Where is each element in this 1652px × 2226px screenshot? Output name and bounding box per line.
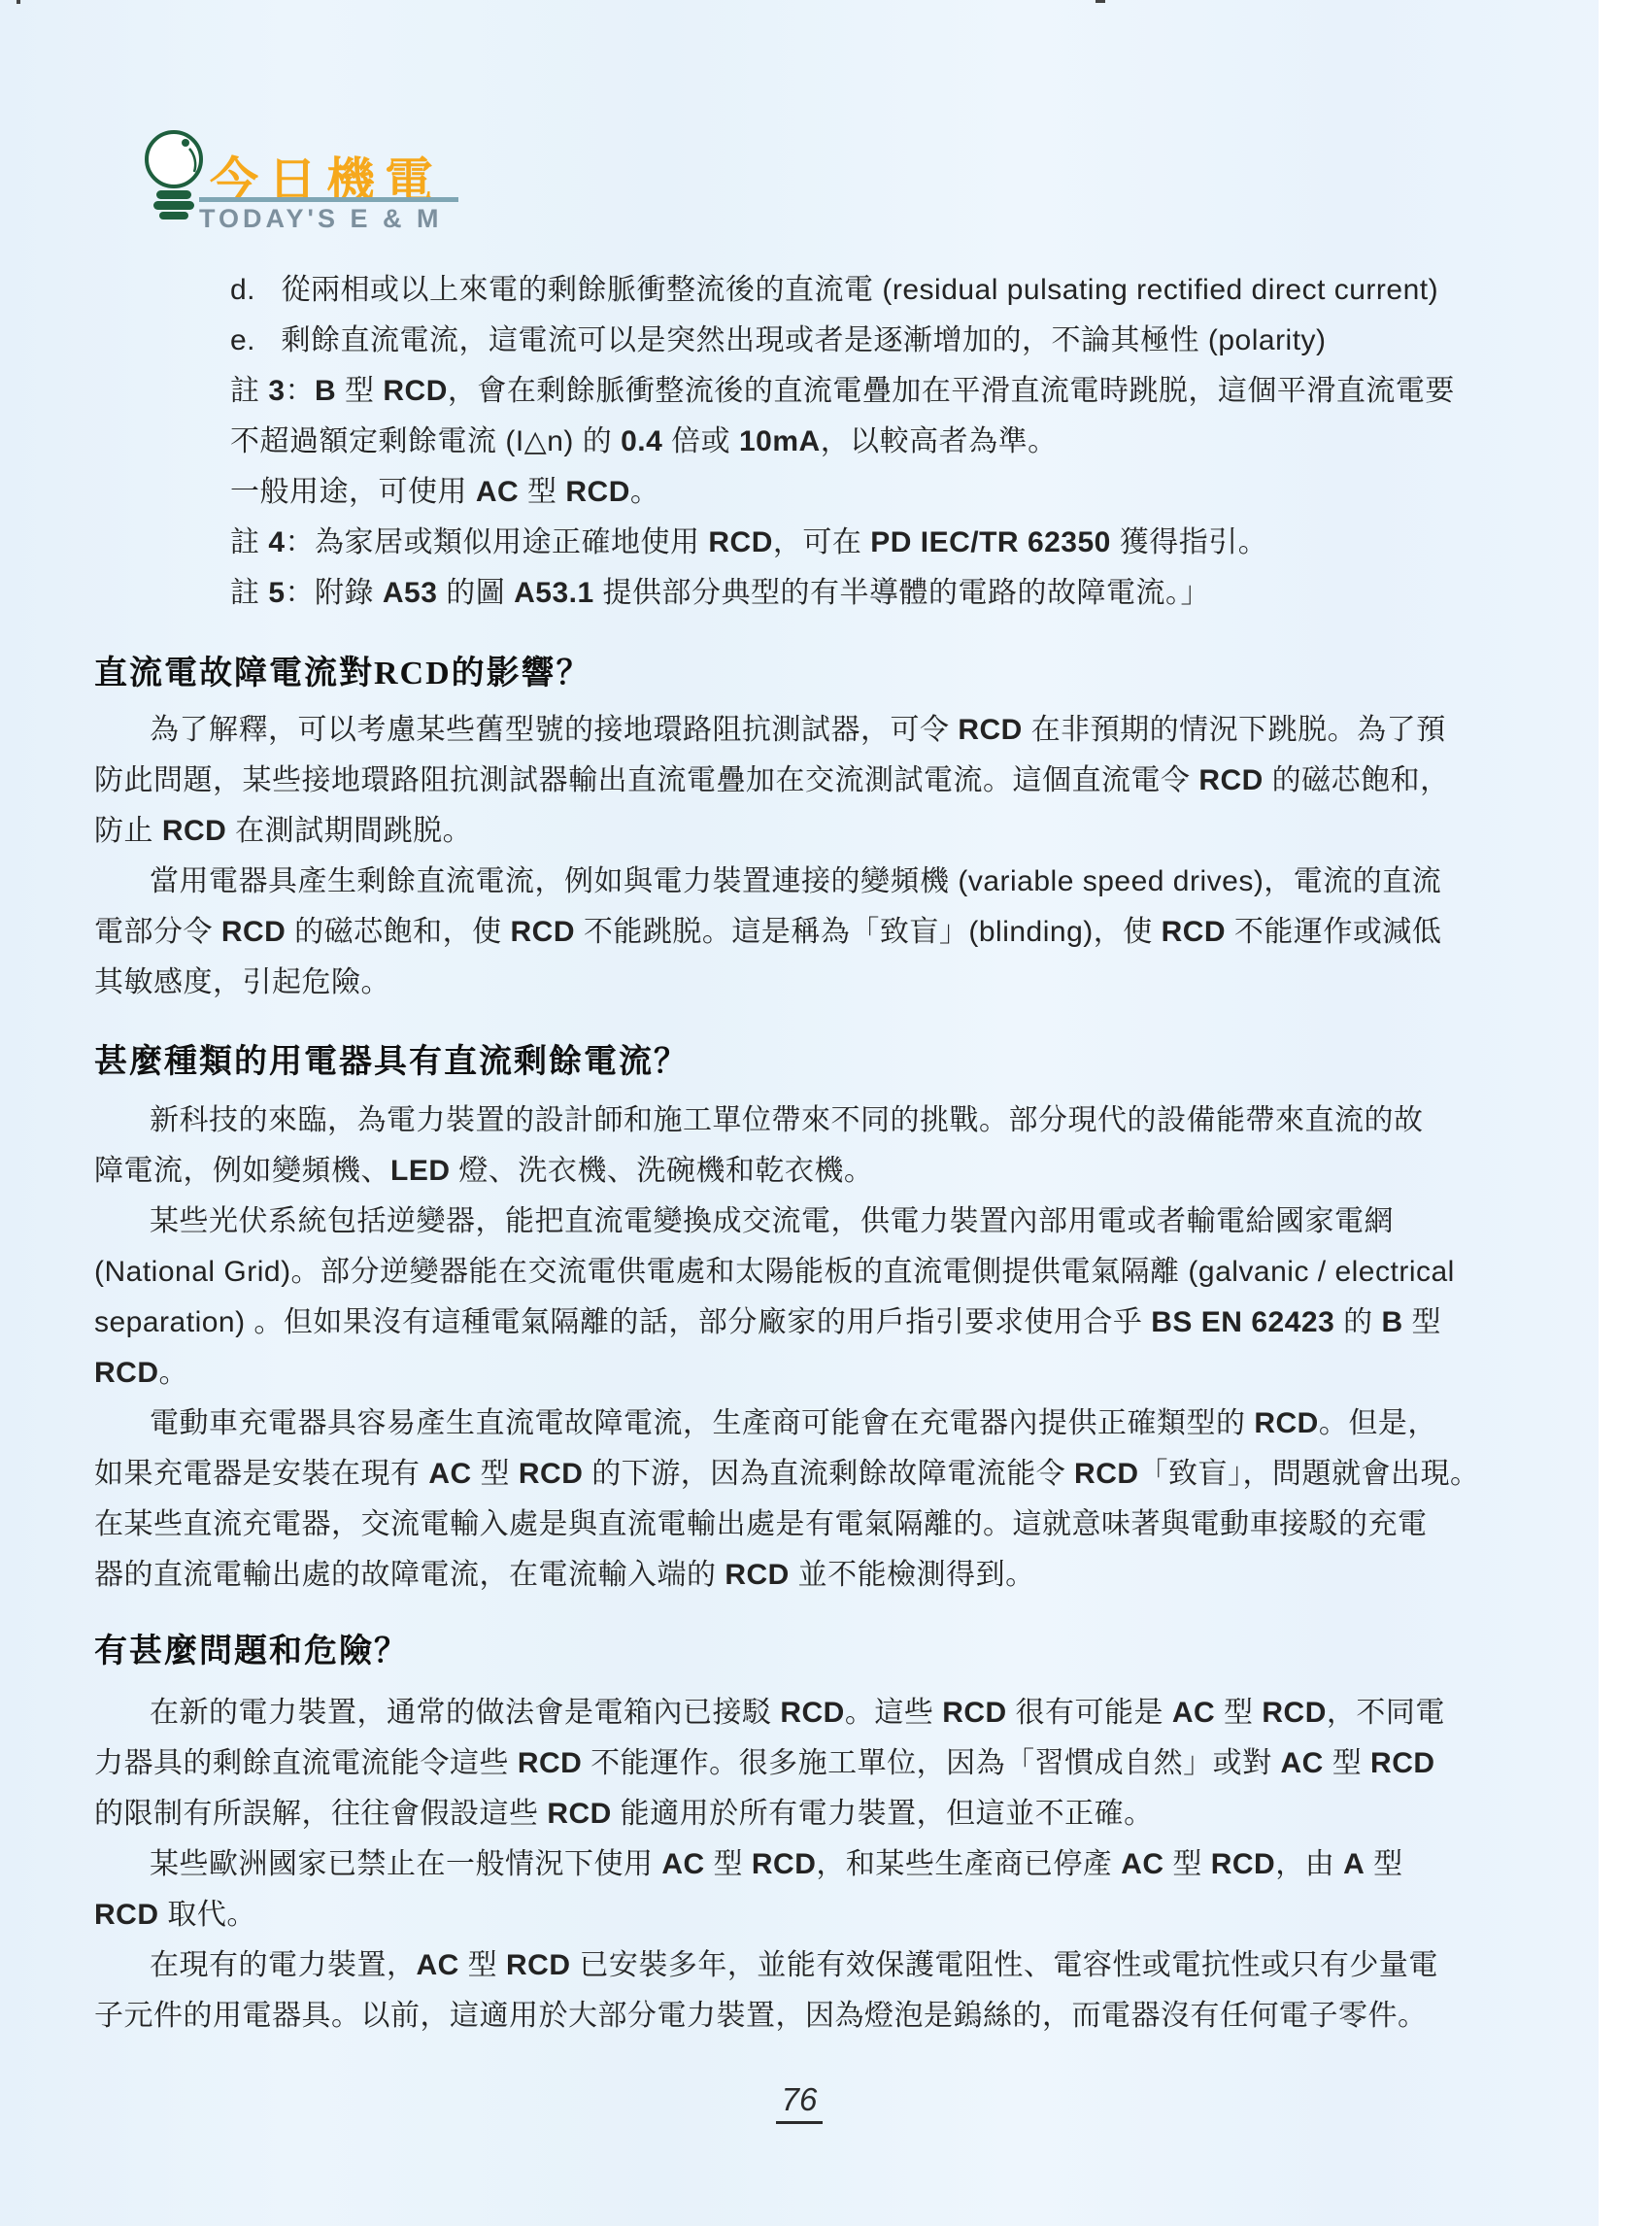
text-block: d. 從兩相或以上來電的剩餘脈衝整流後的直流電 (residual pulsat… [230,265,1570,619]
lightbulb-icon [142,128,206,225]
section-heading: 甚麼種類的用電器具有直流剩餘電流？ [94,1037,689,1088]
text-line: 不超過額定剩餘電流 (I△n) 的 0.4 倍或 10mA，以較高者為準。 [230,417,1570,467]
text-line: RCD。 [94,1348,1570,1399]
text-line: 其敏感度，引起危險。 [94,958,1570,1008]
text-block: 在新的電力裝置，通常的做法會是電箱內已接駁 RCD。這些 RCD 很有可能是 A… [94,1688,1570,2041]
text-line: 力器具的剩餘直流電流能令這些 RCD 不能運作。很多施工單位，因為「習慣成自然」… [94,1738,1570,1789]
text-line: 如果充電器是安裝在現有 AC 型 RCD 的下游，因為直流剩餘故障電流能令 RC… [94,1449,1570,1500]
text-line: 障電流，例如變頻機、LED 燈、洗衣機、洗碗機和乾衣機。 [94,1146,1570,1197]
section-heading: 直流電故障電流對RCD的影響？ [94,649,591,699]
text-line: 一般用途，可使用 AC 型 RCD。 [230,467,1570,518]
text-line: 防此問題，某些接地環路阻抗測試器輸出直流電疊加在交流測試電流。這個直流電令 RC… [94,756,1570,806]
page: 今日機電 TODAY'S E & M d. 從兩相或以上來電的剩餘脈衝整流後的直… [0,0,1652,2226]
section-heading: 有甚麼問題和危險？ [94,1627,409,1677]
text-line: 防止 RCD 在測試期間跳脱。 [94,806,1570,857]
footer: 76 [0,2081,1599,2124]
text-line: 註 3：B 型 RCD，會在剩餘脈衝整流後的直流電疊加在平滑直流電時跳脱，這個平… [230,366,1570,417]
text-line: 在現有的電力裝置，AC 型 RCD 已安裝多年，並能有效保護電阻性、電容性或電抗… [94,1940,1570,1991]
crop-mark [1096,0,1105,3]
text-block: 為了解釋，可以考慮某些舊型號的接地環路阻抗測試器，可令 RCD 在非預期的情況下… [94,705,1570,1008]
text-line: 註 4：為家居或類似用途正確地使用 RCD，可在 PD IEC/TR 62350… [230,518,1570,568]
text-line: (National Grid)。部分逆變器能在交流電供電處和太陽能板的直流電側提… [94,1247,1570,1298]
text-line: 器的直流電輸出處的故障電流，在電流輸入端的 RCD 並不能檢測得到。 [94,1550,1570,1601]
text-line: 某些歐洲國家已禁止在一般情況下使用 AC 型 RCD，和某些生產商已停產 AC … [94,1839,1570,1890]
brand-underline [199,197,458,202]
text-line: 電動車充電器具容易產生直流電故障電流，生產商可能會在充電器內提供正確類型的 RC… [94,1399,1570,1449]
crop-mark [17,0,20,4]
text-line: 註 5：附錄 A53 的圖 A53.1 提供部分典型的有半導體的電路的故障電流。… [230,568,1570,619]
text-line: 子元件的用電器具。以前，這適用於大部分電力裝置，因為燈泡是鎢絲的，而電器沒有任何… [94,1991,1570,2041]
page-number: 76 [776,2081,824,2124]
text-line: e. 剩餘直流電流，這電流可以是突然出現或者是逐漸增加的，不論其極性 (pola… [230,316,1570,366]
text-line: 新科技的來臨，為電力裝置的設計師和施工單位帶來不同的挑戰。部分現代的設備能帶來直… [94,1096,1570,1146]
text-line: separation) 。但如果沒有這種電氣隔離的話，部分廠家的用戶指引要求使用… [94,1298,1570,1348]
brand-name-en: TODAY'S E & M [199,204,442,234]
text-line: 電部分令 RCD 的磁芯飽和，使 RCD 不能跳脱。這是稱為「致盲」(blind… [94,907,1570,958]
page-right-margin [1599,0,1652,2226]
text-line: RCD 取代。 [94,1890,1570,1940]
text-line: 為了解釋，可以考慮某些舊型號的接地環路阻抗測試器，可令 RCD 在非預期的情況下… [94,705,1570,756]
text-line: 在某些直流充電器，交流電輸入處是與直流電輸出處是有電氣隔離的。這就意味著與電動車… [94,1500,1570,1550]
text-line: 的限制有所誤解，往往會假設這些 RCD 能適用於所有電力裝置，但這並不正確。 [94,1789,1570,1839]
text-line: 當用電器具產生剩餘直流電流，例如與電力裝置連接的變頻機 (variable sp… [94,857,1570,907]
text-block: 新科技的來臨，為電力裝置的設計師和施工單位帶來不同的挑戰。部分現代的設備能帶來直… [94,1096,1570,1601]
text-line: d. 從兩相或以上來電的剩餘脈衝整流後的直流電 (residual pulsat… [230,265,1570,316]
text-line: 在新的電力裝置，通常的做法會是電箱內已接駁 RCD。這些 RCD 很有可能是 A… [94,1688,1570,1738]
text-line: 某些光伏系統包括逆變器，能把直流電變換成交流電，供電力裝置內部用電或者輸電給國家… [94,1197,1570,1247]
